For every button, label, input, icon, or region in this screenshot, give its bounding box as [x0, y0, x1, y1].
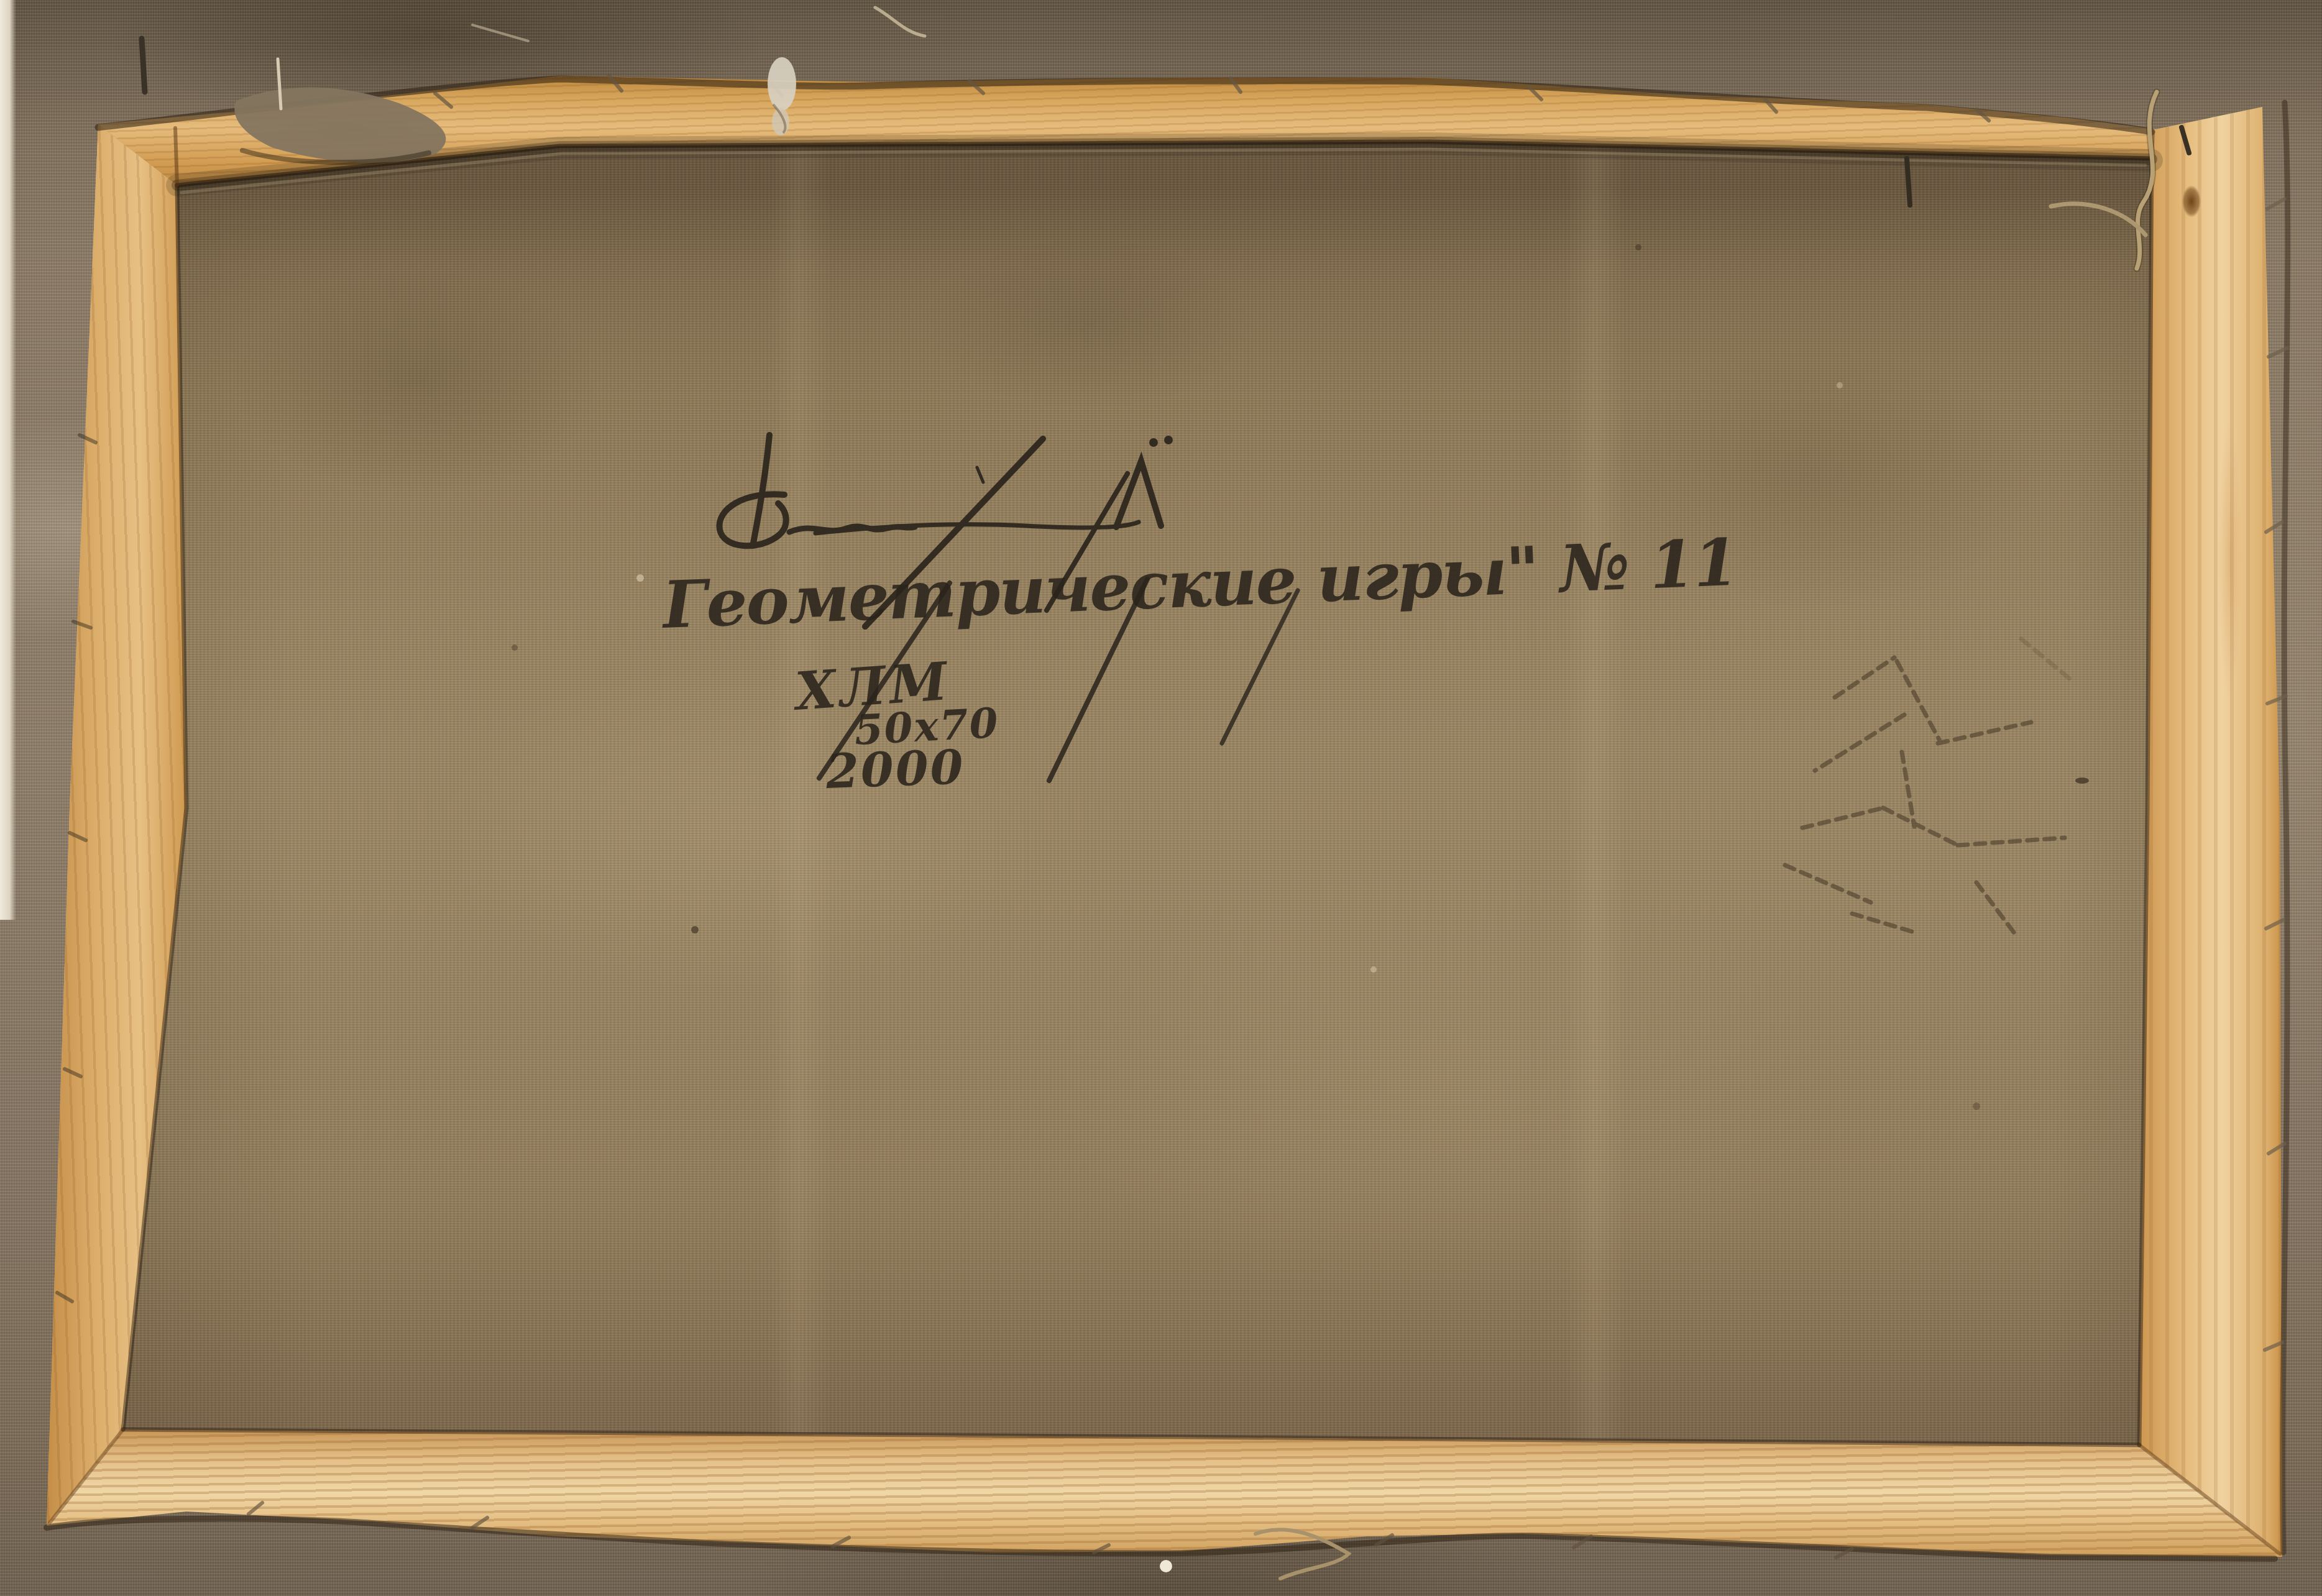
staple-icon	[142, 39, 145, 92]
photo-detail-overlay: Геометрические игры" № 11 ХЛМ 50х70 2000	[0, 0, 2322, 1596]
staple-icon	[1907, 158, 1910, 205]
year-inscription: 2000	[825, 739, 966, 799]
canvas-flap-top-left	[234, 87, 446, 162]
canvas-back-photo: Геометрические игры" № 11 ХЛМ 50х70 2000	[0, 0, 2322, 1596]
staples-and-tacks	[142, 39, 2189, 205]
fringe-tufts	[57, 76, 2287, 1557]
title-inscription: Геометрические игры" № 11	[659, 524, 1739, 643]
canvas-tear-shadows	[47, 79, 2288, 1559]
ink-scribble	[1785, 639, 2070, 932]
nail-icon	[2182, 127, 2189, 153]
inscriptions: Геометрические игры" № 11 ХЛМ 50х70 2000	[659, 435, 1739, 799]
stretcher-gap-shadow	[123, 142, 2152, 1445]
paint-splotch	[768, 57, 796, 135]
twine-strands	[472, 7, 2157, 1579]
canvas-flecks	[512, 244, 2089, 1572]
